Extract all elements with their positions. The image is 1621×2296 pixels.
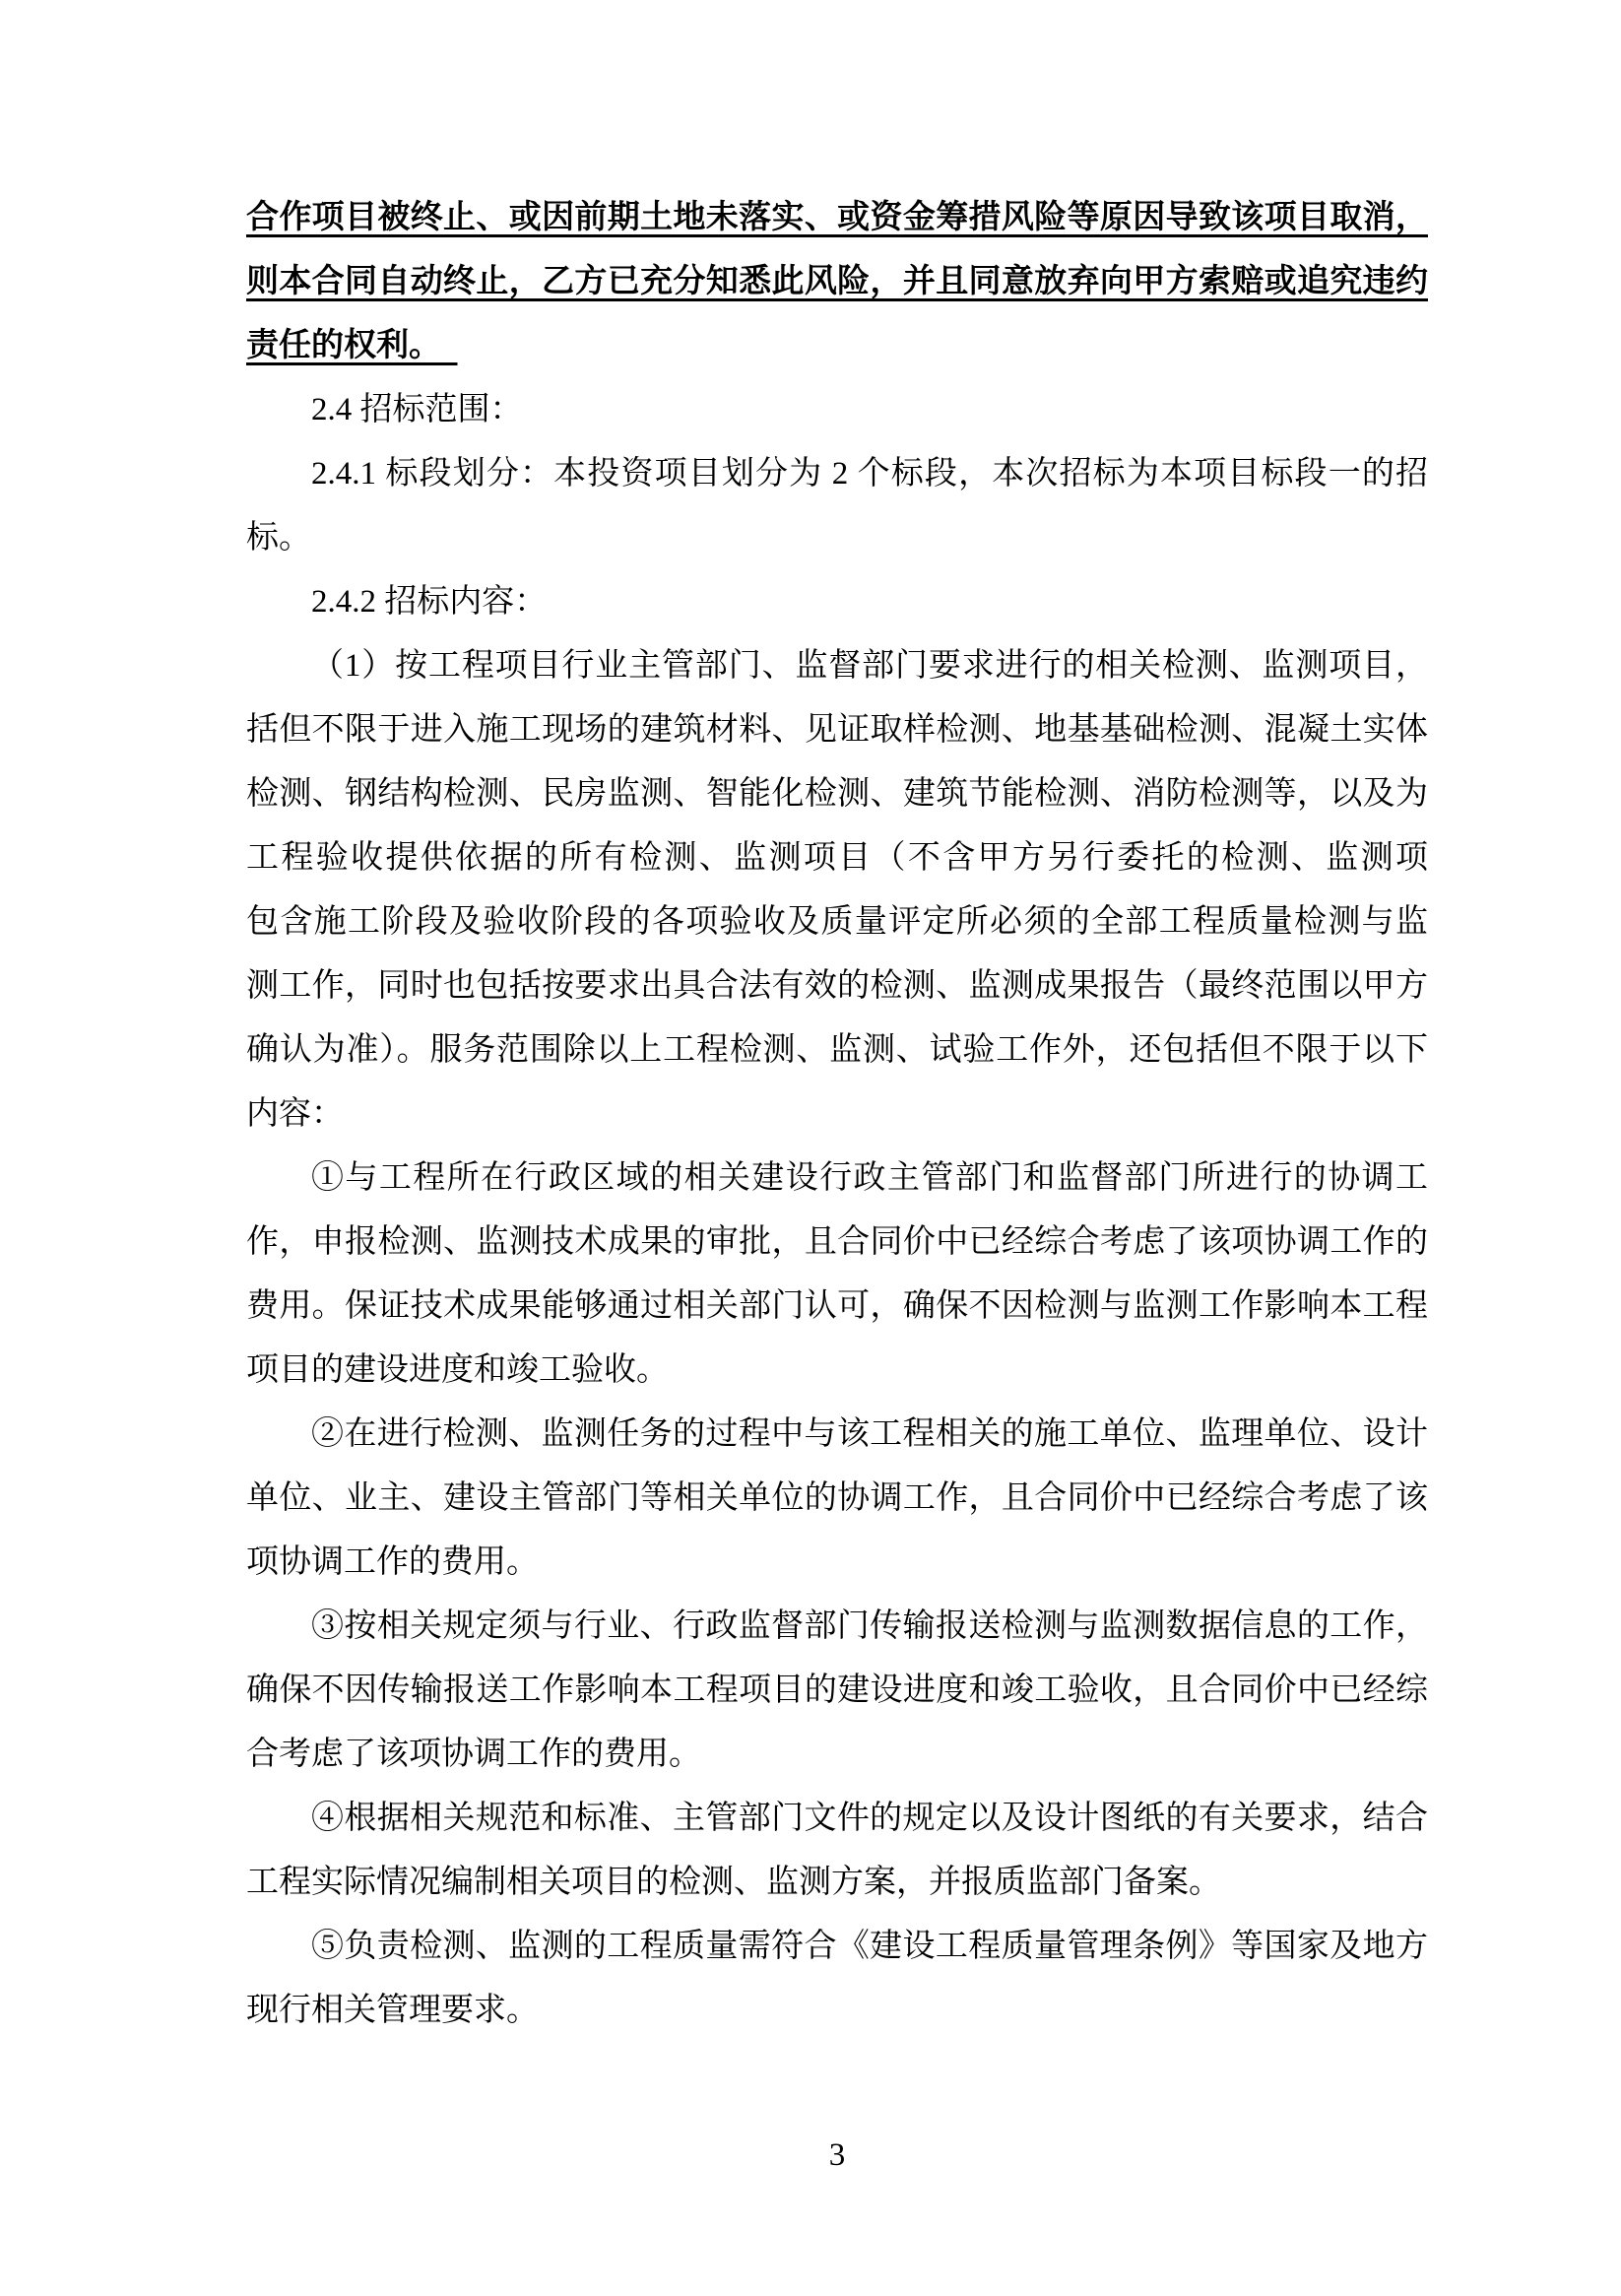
text-line: 检测、钢结构检测、民房监测、智能化检测、建筑节能检测、消防检测等，以及为 (246, 762, 1428, 826)
text-line: 合考虑了该项协调工作的费用。 (246, 1723, 1428, 1787)
emphasized-paragraph: 合作项目被终止、或因前期土地未落实、或资金筹措风险等原因导致该项目取消，则本合同… (246, 186, 1428, 378)
text-line: ④根据相关规范和标准、主管部门文件的规定以及设计图纸的有关要求，结合 (246, 1787, 1428, 1851)
text-line: 费用。保证技术成果能够通过相关部门认可，确保不因检测与监测工作影响本工程 (246, 1275, 1428, 1339)
page-number: 3 (829, 2137, 846, 2173)
text-line: 确认为准）。服务范围除以上工程检测、监测、试验工作外，还包括但不限于以下 (246, 1018, 1428, 1082)
text-line: 工程实际情况编制相关项目的检测、监测方案，并报质监部门备案。 (246, 1851, 1428, 1915)
document-body: 合作项目被终止、或因前期土地未落实、或资金筹措风险等原因导致该项目取消，则本合同… (246, 186, 1428, 2043)
text-line: 内容： (246, 1082, 1428, 1147)
text-line: 2.4.1 标段划分：本投资项目划分为 2 个标段，本次招标为本项目标段一的招 (246, 442, 1428, 506)
text-line: 则本合同自动终止，乙方已充分知悉此风险，并且同意放弃向甲方索赔或追究违约 (246, 250, 1428, 314)
text-line: ①与工程所在行政区域的相关建设行政主管部门和监督部门所进行的协调工 (246, 1147, 1428, 1211)
text-line: 项协调工作的费用。 (246, 1531, 1428, 1595)
text-line: 确保不因传输报送工作影响本工程项目的建设进度和竣工验收，且合同价中已经综 (246, 1659, 1428, 1723)
paragraph: ④根据相关规范和标准、主管部门文件的规定以及设计图纸的有关要求，结合工程实际情况… (246, 1787, 1428, 1915)
text-line: ③按相关规定须与行业、行政监督部门传输报送检测与监测数据信息的工作， (246, 1595, 1428, 1659)
text-line: 测工作，同时也包括按要求出具合法有效的检测、监测成果报告（最终范围以甲方 (246, 954, 1428, 1018)
text-line: 合作项目被终止、或因前期土地未落实、或资金筹措风险等原因导致该项目取消， (246, 186, 1428, 250)
paragraph: 2.4 招标范围： (246, 378, 1428, 442)
page-footer: 3 (246, 2124, 1428, 2188)
text-line: 括但不限于进入施工现场的建筑材料、见证取样检测、地基基础检测、混凝土实体 (246, 698, 1428, 762)
text-line: ⑤负责检测、监测的工程质量需符合《建设工程质量管理条例》等国家及地方 (246, 1915, 1428, 1979)
paragraph: 2.4.1 标段划分：本投资项目划分为 2 个标段，本次招标为本项目标段一的招标… (246, 442, 1428, 570)
text-line: 作，申报检测、监测技术成果的审批，且合同价中已经综合考虑了该项协调工作的 (246, 1211, 1428, 1275)
paragraph: ⑤负责检测、监测的工程质量需符合《建设工程质量管理条例》等国家及地方现行相关管理… (246, 1915, 1428, 2043)
document-page: 合作项目被终止、或因前期土地未落实、或资金筹措风险等原因导致该项目取消，则本合同… (0, 0, 1621, 2296)
underline-tail (425, 328, 458, 363)
paragraph: ③按相关规定须与行业、行政监督部门传输报送检测与监测数据信息的工作，确保不因传输… (246, 1595, 1428, 1787)
text-line: 责任的权利。 (246, 314, 1428, 378)
paragraph: ②在进行检测、监测任务的过程中与该工程相关的施工单位、监理单位、设计单位、业主、… (246, 1403, 1428, 1595)
text-line: 工程验收提供依据的所有检测、监测项目（不含甲方另行委托的检测、监测项目）， (246, 826, 1428, 890)
paragraph: ①与工程所在行政区域的相关建设行政主管部门和监督部门所进行的协调工作，申报检测、… (246, 1147, 1428, 1403)
paragraph: 2.4.2 招标内容： (246, 570, 1428, 634)
text-line: 标。 (246, 506, 1428, 570)
text-line: 单位、业主、建设主管部门等相关单位的协调工作，且合同价中已经综合考虑了该 (246, 1467, 1428, 1531)
text-line: 项目的建设进度和竣工验收。 (246, 1339, 1428, 1403)
text-line: 现行相关管理要求。 (246, 1979, 1428, 2043)
text-line: 2.4 招标范围： (246, 378, 1428, 442)
text-line: 包含施工阶段及验收阶段的各项验收及质量评定所必须的全部工程质量检测与监 (246, 890, 1428, 954)
text-line: 2.4.2 招标内容： (246, 570, 1428, 634)
text-line: ②在进行检测、监测任务的过程中与该工程相关的施工单位、监理单位、设计 (246, 1403, 1428, 1467)
text-line: （1）按工程项目行业主管部门、监督部门要求进行的相关检测、监测项目，包 (246, 634, 1428, 698)
paragraph: （1）按工程项目行业主管部门、监督部门要求进行的相关检测、监测项目，包括但不限于… (246, 634, 1428, 1147)
